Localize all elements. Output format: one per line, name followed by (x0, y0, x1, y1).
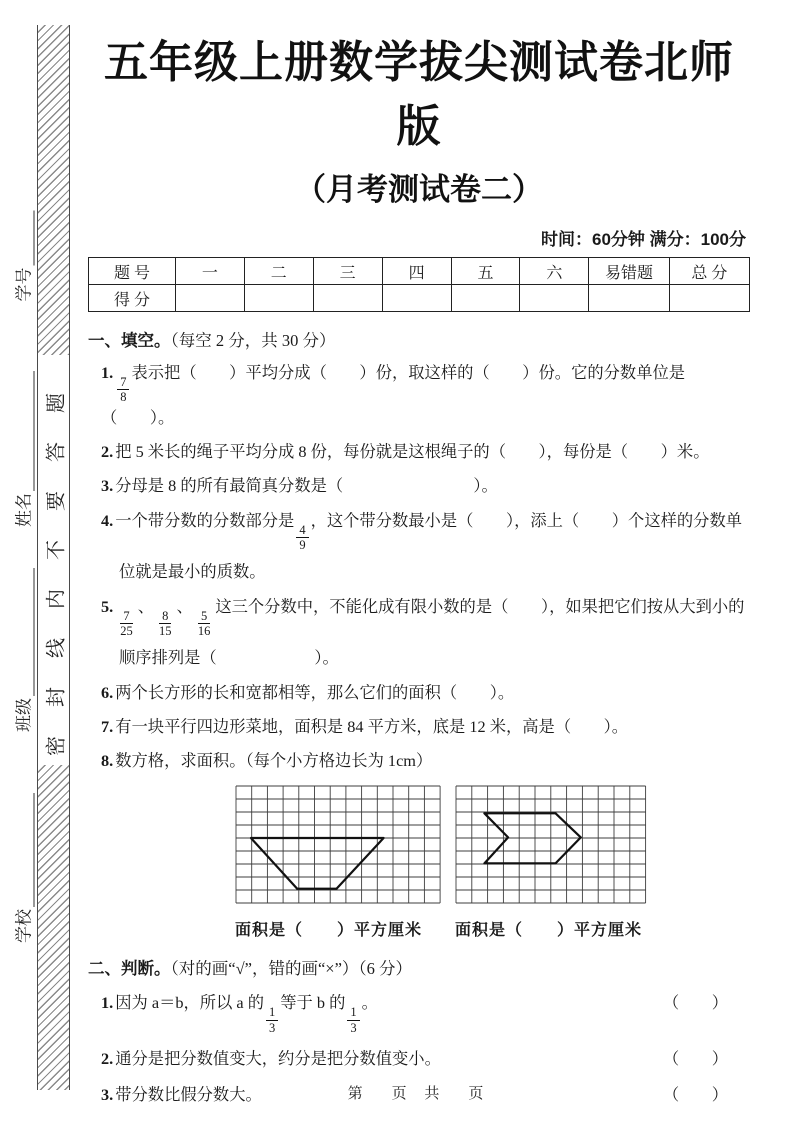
score-cell-empty (244, 285, 313, 312)
question-number: 1. (101, 993, 113, 1012)
student-name-blank-line (20, 371, 35, 491)
area-caption-1: 面积是（ ）平方厘米 (235, 917, 442, 940)
fraction-7-25: 725 (117, 609, 136, 639)
grid-figure-arrow: 面积是（ ）平方厘米 (455, 785, 647, 940)
question-text: 两个长方形的长和宽都相等，那么它们的面积（ ）。 (115, 683, 514, 702)
question-number: 8. (101, 751, 113, 770)
answer-parentheses: （ ） (663, 990, 750, 1035)
question-7: 7.有一块平行四边形菜地，面积是 84 平方米，底是 12 米，高是（ ）。 (101, 714, 750, 739)
hatch-pattern-bottom (38, 765, 69, 1090)
school-label: 学校 (10, 909, 35, 943)
score-cell-empty (520, 285, 589, 312)
student-name-label: 姓名 (10, 493, 35, 527)
question-number: 3. (101, 476, 113, 495)
score-row-label: 得 分 (89, 285, 176, 312)
fraction-1-3: 13 (266, 1005, 278, 1035)
score-cell-empty (669, 285, 749, 312)
question-1: 1.78表示把（ ）平均分成（ ）份，取这样的（ ）份。它的分数单位是（ ）。 (101, 360, 750, 430)
question-text-continuation: 位就是最小的质数。 (101, 559, 750, 584)
question-number: 2. (101, 442, 113, 461)
question-text: ，这个带分数最小是（ ），添上（ ）个这样的分数单 (311, 511, 742, 530)
question-3: 3.分母是 8 的所有最简真分数是（ ）。 (101, 473, 750, 498)
fraction-5-16: 516 (195, 609, 214, 639)
fraction-7-8: 78 (117, 375, 129, 405)
student-id-field: 学号 (10, 211, 35, 302)
score-cell-empty (382, 285, 451, 312)
section2-heading: 二、判断。（对的画“√”，错的画“×”）（6 分） (88, 955, 750, 979)
question-text: 把 5 米长的绳子平均分成 8 份，每份就是这根绳子的（ ），每份是（ ）米。 (115, 442, 709, 461)
seal-text-area: 密封线内不要答题 (38, 355, 69, 765)
score-table-header-cell: 四 (382, 258, 451, 285)
student-name-field: 姓名 (10, 371, 35, 527)
question-text: 数方格，求面积。（每个小方格边长为 1cm） (115, 751, 432, 770)
score-table-header-cell: 总 分 (669, 258, 749, 285)
score-table-header-cell: 题 号 (89, 258, 176, 285)
student-id-label: 学号 (10, 268, 35, 302)
question-text: 一个带分数的分数部分是 (115, 511, 294, 530)
question-text: 表示把（ ）平均分成（ ）份，取这样的（ ）份。它的分数单位是（ ）。 (101, 363, 685, 427)
judgment-text: 2.通分是把分数值变大，约分是把分数值变小。 (101, 1046, 441, 1071)
question-number: 1. (101, 363, 113, 382)
grid-figure-trapezoid: 面积是（ ）平方厘米 (235, 785, 442, 940)
question-6: 6.两个长方形的长和宽都相等，那么它们的面积（ ）。 (101, 680, 750, 705)
question-text: 分母是 8 的所有最简真分数是（ ）。 (115, 476, 498, 495)
question-2: 2.把 5 米长的绳子平均分成 8 份，每份就是这根绳子的（ ），每份是（ ）米… (101, 439, 750, 464)
section1-title: 一、填空。 (88, 331, 171, 350)
question-number: 7. (101, 717, 113, 736)
seal-line-band: 密封线内不要答题 (37, 25, 70, 1090)
question-number: 5. (101, 597, 113, 616)
score-cell-empty (589, 285, 669, 312)
question-number: 2. (101, 1049, 113, 1068)
class-blank-line (20, 568, 35, 696)
judgment-1: 1.因为 a＝b，所以 a 的13等于 b 的13。 （ ） (101, 990, 750, 1035)
section1-note: （每空 2 分，共 30 分） (171, 331, 336, 350)
time-score-info: 时间：60分钟 满分：100分 (88, 225, 750, 250)
score-table-header-cell: 二 (244, 258, 313, 285)
separator: 、 (177, 597, 193, 616)
score-table-header-cell: 五 (451, 258, 520, 285)
arrow-grid-drawing (455, 785, 647, 904)
school-blank-line (20, 793, 35, 907)
area-caption-2: 面积是（ ）平方厘米 (455, 917, 647, 940)
score-table-header-cell: 六 (520, 258, 589, 285)
section1-heading: 一、填空。（每空 2 分，共 30 分） (88, 327, 750, 351)
answer-parentheses: （ ） (663, 1046, 750, 1071)
judgment-text: 1.因为 a＝b，所以 a 的13等于 b 的13。 (101, 990, 378, 1035)
score-table: 题 号 一 二 三 四 五 六 易错题 总 分 得 分 (88, 257, 750, 312)
paper-content: 五年级上册数学拔尖测试卷北师版 （月考测试卷二） 时间：60分钟 满分：100分… (88, 0, 750, 1108)
score-cell-empty (313, 285, 382, 312)
seal-line-text: 密封线内不要答题 (39, 364, 68, 756)
separator: 、 (138, 597, 154, 616)
question-5: 5.725、815、516这三个分数中，不能化成有限小数的是（ ），如果把它们按… (101, 594, 750, 671)
exam-paper-page: 学号 姓名 班级 学校 密封线内不要答题 五年级上册数学拔尖测试卷北师版 （月考… (0, 0, 793, 1122)
question-number: 4. (101, 511, 113, 530)
question-text: 有一块平行四边形菜地，面积是 84 平方米，底是 12 米，高是（ ）。 (115, 717, 628, 736)
score-cell-empty (175, 285, 244, 312)
fill-in-blank-questions: 1.78表示把（ ）平均分成（ ）份，取这样的（ ）份。它的分数单位是（ ）。 … (88, 360, 750, 773)
score-table-header-cell: 易错题 (589, 258, 669, 285)
score-table-header-row: 题 号 一 二 三 四 五 六 易错题 总 分 (89, 258, 750, 285)
grid-figures-row: 面积是（ ）平方厘米 面积是（ ）平方厘米 (235, 785, 750, 940)
paper-subtitle: （月考测试卷二） (88, 164, 750, 209)
question-text: 这三个分数中，不能化成有限小数的是（ ），如果把它们按从大到小的 (215, 597, 744, 616)
question-4: 4.一个带分数的分数部分是49，这个带分数最小是（ ），添上（ ）个这样的分数单… (101, 508, 750, 585)
fraction-1-3: 13 (347, 1005, 359, 1035)
paper-title: 五年级上册数学拔尖测试卷北师版 (88, 26, 750, 154)
trapezoid-grid-drawing (235, 785, 442, 904)
score-table-header-cell: 一 (175, 258, 244, 285)
section2-note: （对的画“√”，错的画“×”）（6 分） (171, 959, 413, 978)
question-text-continuation: 顺序排列是（ ）。 (101, 645, 750, 670)
class-label: 班级 (10, 698, 35, 732)
page-footer: 第 页 共 页 (88, 1082, 750, 1103)
score-table-header-cell: 三 (313, 258, 382, 285)
judgment-2: 2.通分是把分数值变大，约分是把分数值变小。 （ ） (101, 1046, 750, 1071)
score-cell-empty (451, 285, 520, 312)
class-field: 班级 (10, 568, 35, 732)
hatch-pattern-top (38, 25, 69, 355)
fraction-4-9: 49 (296, 523, 308, 553)
fraction-8-15: 815 (156, 609, 175, 639)
school-field: 学校 (10, 793, 35, 943)
question-number: 6. (101, 683, 113, 702)
section2-title: 二、判断。 (88, 959, 171, 978)
score-table-score-row: 得 分 (89, 285, 750, 312)
student-id-blank-line (20, 211, 35, 266)
question-8: 8.数方格，求面积。（每个小方格边长为 1cm） (101, 748, 750, 773)
